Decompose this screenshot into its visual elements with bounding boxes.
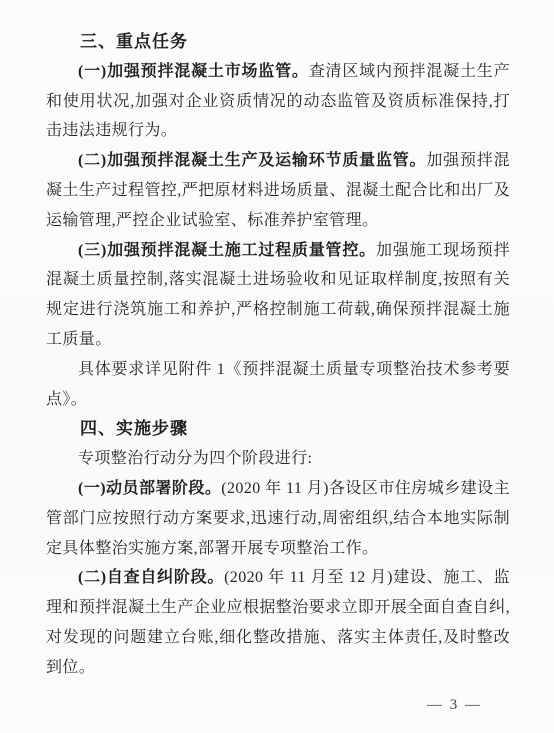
paragraph-lead: (二)加强预拌混凝土生产及运输环节质量监管。 <box>78 152 426 169</box>
paragraph: (一)动员部署阶段。(2020 年 11 月)各设区市住房城乡建设主管部门应按照… <box>46 474 510 563</box>
paragraph: 具体要求详见附件 1《预拌混凝土质量专项整治技术参考要点》。 <box>46 355 510 415</box>
paragraph-lead: (二)自查自纠阶段。 <box>78 569 224 586</box>
paragraph-lead: (三)加强预拌混凝土施工过程质量管控。 <box>78 242 376 259</box>
document-body: 三、重点任务(一)加强预拌混凝土市场监管。查清区域内预拌混凝土生产和使用状况,加… <box>46 27 510 683</box>
section-heading: 四、实施步骤 <box>46 414 510 444</box>
paragraph: (三)加强预拌混凝土施工过程质量管控。加强施工现场预拌混凝土质量控制,落实混凝土… <box>46 236 510 355</box>
paragraph-text: 专项整治行动分为四个阶段进行: <box>78 450 312 467</box>
paragraph-lead: (一)动员部署阶段。 <box>78 480 221 497</box>
section-heading: 三、重点任务 <box>46 27 510 57</box>
paragraph-lead: (一)加强预拌混凝土市场监管。 <box>78 63 309 80</box>
page-number: — 3 — <box>427 697 482 714</box>
paragraph: (二)自查自纠阶段。(2020 年 11 月至 12 月)建设、施工、监理和预拌… <box>46 563 510 682</box>
paragraph: 专项整治行动分为四个阶段进行: <box>46 444 510 474</box>
paragraph: (一)加强预拌混凝土市场监管。查清区域内预拌混凝土生产和使用状况,加强对企业资质… <box>46 57 510 146</box>
paragraph: (二)加强预拌混凝土生产及运输环节质量监管。加强预拌混凝土生产过程管控,严把原材… <box>46 146 510 235</box>
document-page: 三、重点任务(一)加强预拌混凝土市场监管。查清区域内预拌混凝土生产和使用状况,加… <box>0 0 554 733</box>
paragraph-text: 具体要求详见附件 1《预拌混凝土质量专项整治技术参考要点》。 <box>46 361 510 408</box>
